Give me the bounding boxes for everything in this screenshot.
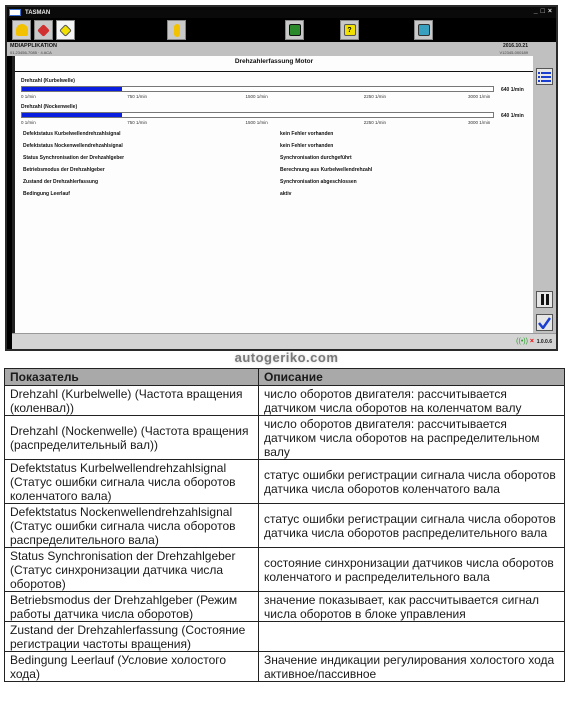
parameter-cell: Bedingung Leerlauf (Условие холостого хо…: [5, 652, 259, 682]
table-row: Betriebsmodus der Drehzahlgeber (Режим р…: [5, 592, 565, 622]
app-name: MDIAPPLIKATION: [10, 43, 57, 49]
parameter-row: Defektstatus Nockenwellendrehzahlsignalk…: [23, 143, 533, 151]
computer-button[interactable]: [414, 20, 433, 40]
gauge-bar-camshaft: [21, 112, 494, 118]
right-sidebar: [533, 56, 556, 333]
table-row: Drehzahl (Nockenwelle) (Частота вращения…: [5, 416, 565, 460]
measurement-panel: Drehzahlerfassung Motor Drehzahl (Kurbel…: [12, 56, 533, 333]
gauge-tick-label: 3000 1/min: [468, 94, 490, 99]
pause-button[interactable]: [536, 291, 553, 308]
parameter-value: kein Fehler vorhanden: [280, 143, 333, 149]
description-cell: статус ошибки регистрации сигнала числа …: [259, 460, 565, 504]
gauge-tick-label: 3000 1/min: [468, 120, 490, 125]
parameter-row: Status Synchronisation der Drehzahlgeber…: [23, 155, 533, 163]
gauge-value-crankshaft: 640 1/min: [501, 87, 524, 93]
window-controls: _ □ ×: [534, 8, 552, 15]
parameter-row: Bedingung Leerlaufaktiv: [23, 191, 533, 199]
table-row: Drehzahl (Kurbelwelle) (Частота вращения…: [5, 386, 565, 416]
minimize-button[interactable]: _: [534, 8, 538, 15]
description-cell: Значение индикации регулирования холосто…: [259, 652, 565, 682]
status-bar: ((•)) × 1.0.0.6: [12, 333, 556, 349]
main-toolbar: ?: [7, 18, 556, 42]
description-cell: значение показывает, как рассчитывается …: [259, 592, 565, 622]
parameter-name: Defektstatus Kurbelwellendrehzahlsignal: [23, 131, 121, 137]
parameter-cell: Defektstatus Nockenwellendrehzahlsignal …: [5, 504, 259, 548]
thermometer-icon: [174, 24, 180, 37]
diagnostic-app-window: TASMAN _ □ × ? MDIAPPLIKATION 01: [5, 5, 558, 351]
description-cell: число оборотов двигателя: рассчитывается…: [259, 386, 565, 416]
checkmark-icon: [538, 317, 551, 329]
parameter-value: Berechnung aus Kurbelwellendrehzahl: [280, 167, 372, 173]
gauge-fill: [22, 113, 122, 117]
gauge-fill: [22, 87, 122, 91]
self-diagnosis-button[interactable]: [34, 20, 53, 40]
table-row: Bedingung Leerlauf (Условие холостого хо…: [5, 652, 565, 682]
close-button[interactable]: ×: [548, 8, 552, 15]
gauge-tick-label: 2250 1/min: [364, 94, 386, 99]
table-row: Zustand der Drehzahlerfassung (Состояние…: [5, 622, 565, 652]
guided-functions-icon: [59, 24, 72, 37]
vehicle-diagnosis-button[interactable]: [12, 20, 31, 40]
maximize-button[interactable]: □: [541, 8, 545, 15]
parameter-value: kein Fehler vorhanden: [280, 131, 333, 137]
parameter-description-table: Показатель Описание Drehzahl (Kurbelwell…: [4, 368, 565, 682]
self-diagnosis-icon: [37, 24, 50, 37]
parameter-value: aktiv: [280, 191, 291, 197]
table-header-row: Показатель Описание: [5, 369, 565, 386]
list-view-button[interactable]: [536, 68, 553, 85]
description-cell: статус ошибки регистрации сигнала числа …: [259, 504, 565, 548]
parameter-cell: Drehzahl (Nockenwelle) (Частота вращения…: [5, 416, 259, 460]
gauge-tick-label: 2250 1/min: [364, 120, 386, 125]
parameter-name: Betriebsmodus der Drehzahlgeber: [23, 167, 105, 173]
gauge-tick-label: 750 1/min: [127, 94, 147, 99]
gauge-tick-label: 1500 1/min: [246, 120, 268, 125]
parameter-value: Synchronisation durchgeführt: [280, 155, 352, 161]
oscilloscope-button[interactable]: [285, 20, 304, 40]
gauge-value-camshaft: 640 1/min: [501, 113, 524, 119]
pause-icon: [540, 294, 550, 305]
confirm-button[interactable]: [536, 314, 553, 331]
measurement-button[interactable]: [167, 20, 186, 40]
parameter-cell: Defektstatus Kurbelwellendrehzahlsignal …: [5, 460, 259, 504]
gauge-tick-label: 750 1/min: [127, 120, 147, 125]
gauge-tick-label: 0 1/min: [21, 94, 36, 99]
guided-functions-button[interactable]: [56, 20, 75, 40]
version-label: V12345-000189: [500, 50, 528, 55]
column-header-description: Описание: [259, 369, 565, 386]
description-cell: [259, 622, 565, 652]
parameter-name: Zustand der Drehzahlerfassung: [23, 179, 98, 185]
panel-title: Drehzahlerfassung Motor: [15, 58, 533, 72]
gauge-bar-crankshaft: [21, 86, 494, 92]
table-row: Defektstatus Nockenwellendrehzahlsignal …: [5, 504, 565, 548]
table-row: Status Synchronisation der Drehzahlgeber…: [5, 548, 565, 592]
vehicle-diagnosis-icon: [16, 24, 28, 36]
help-icon: ?: [344, 24, 356, 36]
parameter-row: Betriebsmodus der DrehzahlgeberBerechnun…: [23, 167, 533, 175]
description-cell: число оборотов двигателя: рассчитывается…: [259, 416, 565, 460]
gauge-label-camshaft: Drehzahl (Nockenwelle): [21, 104, 77, 110]
parameter-cell: Drehzahl (Kurbelwelle) (Частота вращения…: [5, 386, 259, 416]
date-label: 2016.10.21: [503, 43, 528, 49]
column-header-parameter: Показатель: [5, 369, 259, 386]
parameter-row: Zustand der DrehzahlerfassungSynchronisa…: [23, 179, 533, 187]
window-title: TASMAN: [25, 10, 50, 16]
computer-icon: [418, 24, 430, 36]
parameter-value: Synchronisation abgeschlossen: [280, 179, 357, 185]
watermark: autogeriko.com: [0, 350, 573, 365]
title-bar: TASMAN _ □ ×: [7, 7, 556, 18]
gauge-label-crankshaft: Drehzahl (Kurbelwelle): [21, 78, 75, 84]
help-button[interactable]: ?: [340, 20, 359, 40]
app-subtitle: 01.23456-7085 · 4 ACA: [10, 50, 52, 55]
parameter-cell: Betriebsmodus der Drehzahlgeber (Режим р…: [5, 592, 259, 622]
parameter-cell: Zustand der Drehzahlerfassung (Состояние…: [5, 622, 259, 652]
description-cell: состояние синхронизации датчиков числа о…: [259, 548, 565, 592]
table-row: Defektstatus Kurbelwellendrehzahlsignal …: [5, 460, 565, 504]
parameter-cell: Status Synchronisation der Drehzahlgeber…: [5, 548, 259, 592]
parameter-name: Bedingung Leerlauf: [23, 191, 70, 197]
version-text: 1.0.0.6: [537, 339, 552, 345]
gauge-tick-label: 1500 1/min: [246, 94, 268, 99]
oscilloscope-icon: [289, 24, 301, 36]
app-icon: [9, 9, 21, 16]
gauge-tick-label: 0 1/min: [21, 120, 36, 125]
connection-status-icon: ((•)) ×: [516, 338, 534, 345]
info-bar: MDIAPPLIKATION 01.23456-7085 · 4 ACA 201…: [7, 42, 556, 56]
parameter-name: Defektstatus Nockenwellendrehzahlsignal: [23, 143, 123, 149]
list-icon: [538, 71, 551, 83]
parameter-name: Status Synchronisation der Drehzahlgeber: [23, 155, 124, 161]
parameter-row: Defektstatus Kurbelwellendrehzahlsignalk…: [23, 131, 533, 139]
